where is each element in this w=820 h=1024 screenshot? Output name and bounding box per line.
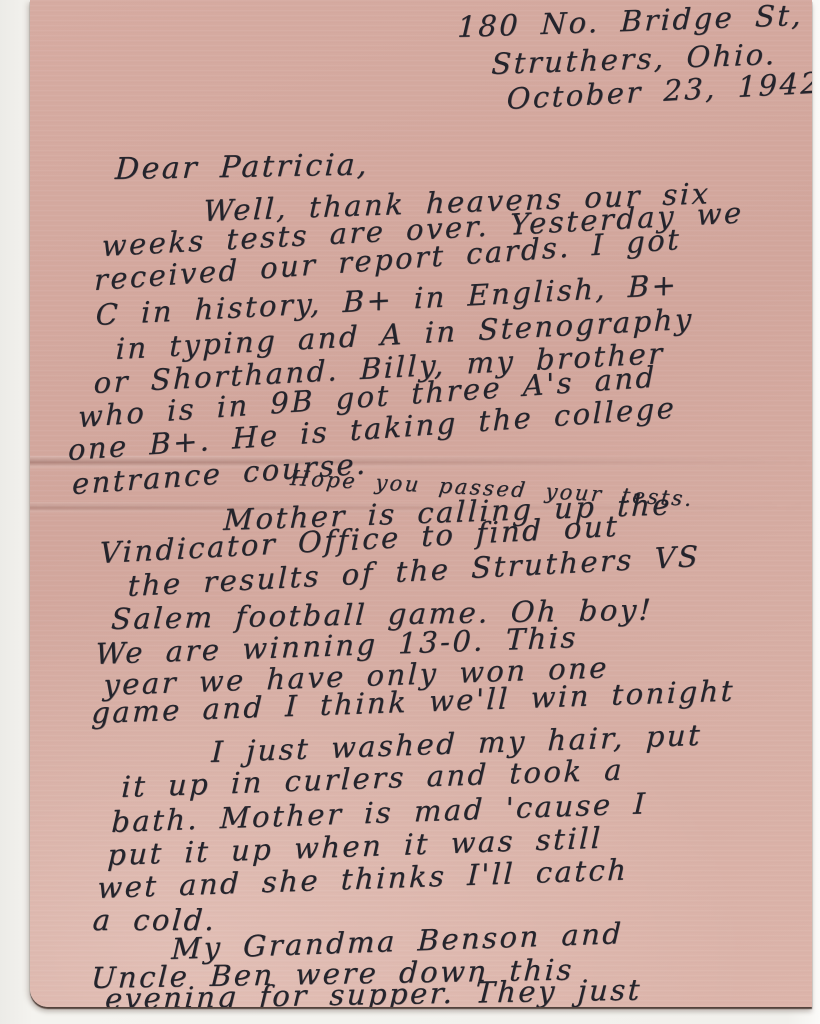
scan-background: 180 No. Bridge St,Struthers, Ohio.Octobe… xyxy=(0,0,820,1024)
letter-paper: 180 No. Bridge St,Struthers, Ohio.Octobe… xyxy=(30,0,812,1007)
salutation-line: Dear Patricia, xyxy=(114,148,370,187)
letter-lines: 180 No. Bridge St,Struthers, Ohio.Octobe… xyxy=(30,0,812,1007)
